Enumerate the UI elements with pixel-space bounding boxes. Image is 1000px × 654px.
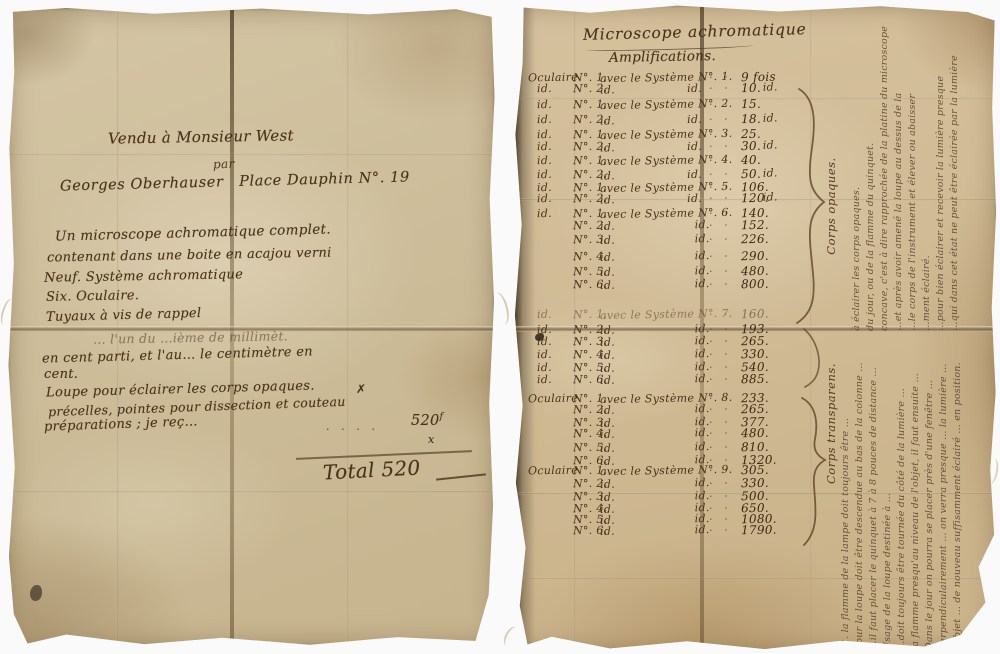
group-label-corps-transparens: Corps transparens. [824,364,838,484]
magnification-value: 15. [741,97,761,111]
margin-note-line: …le corps de l'instrument et élever ou a… [906,19,920,331]
magnification-value: 480. [741,426,769,440]
dot-leader: · · [709,427,728,440]
x-mark: ✗ [356,382,366,396]
dot-leader: · · [709,140,728,153]
magnification-value: 18. [741,112,761,126]
manuscript-line: contenant dans une boite en acajou verni [47,246,332,266]
magnification-value: 290. [741,249,769,263]
oculaire-label: id. [537,154,552,167]
manuscript-line: Six. Oculaire. [46,288,140,305]
dot-leader: · · [709,403,728,416]
manuscript-line: cent. [44,367,78,382]
margin-note-line: l'objet … de nouveau suffisamment éclair… [951,334,965,650]
margin-note-line: …qui dans cet état ne peut être éclairée… [948,19,962,331]
magnification-value: 40. [741,153,761,167]
dot-leader: · · [709,154,728,167]
left-page-body: Un microscope achromatique complet.conte… [8,8,495,646]
systeme-label: id. id. [600,426,710,441]
total-line: Total 520 [322,455,421,484]
dot-leader: · · [709,524,728,537]
margin-note-line: 1°. la flamme de la lampe doit toujours … [839,334,853,650]
dot-leader: · · [709,308,728,321]
magnification-value: 800. [741,277,769,291]
thread [501,624,524,650]
oculaire-label: id. [537,140,552,153]
margin-note-line: Dans le jour on pourra se placer près d'… [923,334,937,650]
oculaire-label: id. [537,373,552,386]
dot-leader: · · [709,113,728,126]
oculaire-label: Oculaire [528,392,578,406]
margin-note-line: …ment éclairé. [920,19,934,331]
dot-leader: · · [709,348,728,361]
dot-leader: · · [709,477,728,490]
oculaire-label: id. [537,348,552,361]
manuscript-line: Tuyaux à vis de rappel [46,306,202,325]
magnification-value: 885. [741,372,769,386]
price-number: 520 [411,413,440,429]
group-label-corps-opaques: Corps opaques. [824,151,838,261]
dot-leader: · · [709,265,728,278]
manuscript-line: Un microscope achromatique complet. [55,221,331,244]
price-value: 520f [411,412,443,429]
systeme-label: id. id. [600,523,710,538]
margin-note-line: perpendiculairement … on verra presque …… [937,334,951,650]
price-dot-leader: . . . . [326,420,375,433]
margin-note-line: …doit toujours être tournée du côté de l… [895,334,909,650]
margin-note-line: …et après avoir amené la loupe au dessus… [892,19,906,331]
systeme-label: id. id. [600,249,710,264]
magnification-value: 120. [741,191,769,205]
systeme-label: id. id. [600,232,710,247]
margin-note-line: à éclairer les corps opaques. [850,19,864,331]
margin-note-line: du jour, ou de la flamme du quinquet. [864,19,878,331]
total-check-mark: x [428,433,435,446]
systeme-label: id. id. [600,372,710,387]
oculaire-label: Oculaire [528,71,578,85]
dot-leader: · · [709,278,728,291]
margin-note-line: Usage de la loupe destinée à … [881,334,895,650]
margin-notes-bottom: 1°. la flamme de la lampe doit toujours … [839,334,971,650]
dot-leader: · · [709,233,728,246]
oculaire-label: id. [537,168,552,181]
magnification-value: 226. [741,232,769,246]
magnification-value: 152. [741,218,769,232]
dot-leader: · · [709,464,728,477]
systeme-label: id. id. [600,218,710,233]
right-page: Microscope achromatique Amplifications. … [513,5,997,651]
oculaire-label: id. [537,207,552,220]
magnification-value: 1790. [741,523,777,538]
price-currency: f [440,412,444,422]
dot-leader: · · [709,373,728,386]
dot-leader: · · [709,250,728,263]
oculaire-label: id. [537,98,552,111]
dot-leader: · · [709,82,728,95]
margin-notes-top: à éclairer les corps opaques.du jour, ou… [850,19,962,331]
dot-leader: · · [709,98,728,111]
systeme-label: id. id. [600,277,710,292]
manuscript-line: en cent parti, et l'au… le centimètre en [42,344,313,366]
oculaire-label: id. [537,113,552,126]
oculaire-label: id. [537,192,552,205]
magnification-value: 160. [741,307,769,321]
dot-leader: · · [709,219,728,232]
scan-background: Vendu à Monsieur West par Georges Oberha… [0,0,1000,654]
margin-note-line: …pour bien éclairer et recevoir la lumiè… [934,19,948,331]
margin-note-line: pour la loupe doit être descendue au bas… [853,334,867,650]
dot-leader: · · [709,441,728,454]
dot-leader: · · [709,335,728,348]
left-page: Vendu à Monsieur West par Georges Oberha… [8,8,495,646]
margin-note-line: la flamme presqu'au niveau de l'objet, i… [909,334,923,650]
magnification-value: 30. [741,139,761,153]
oculaire-label: id. [537,82,552,95]
margin-note-line: …il faut placer le quinquet à 7 à 8 pouc… [867,334,881,650]
magnification-value: 10. [741,81,761,95]
manuscript-line: … l'un du …ième de millimèt. [93,328,288,346]
oculaire-label: id. [537,308,552,321]
dot-leader: · · [709,192,728,205]
manuscript-line: Neuf. Système achromatique [44,267,243,285]
oculaire-label: Oculaire [528,464,578,478]
margin-note-line: concave, c'est à dire rapprochée de la p… [878,19,892,331]
